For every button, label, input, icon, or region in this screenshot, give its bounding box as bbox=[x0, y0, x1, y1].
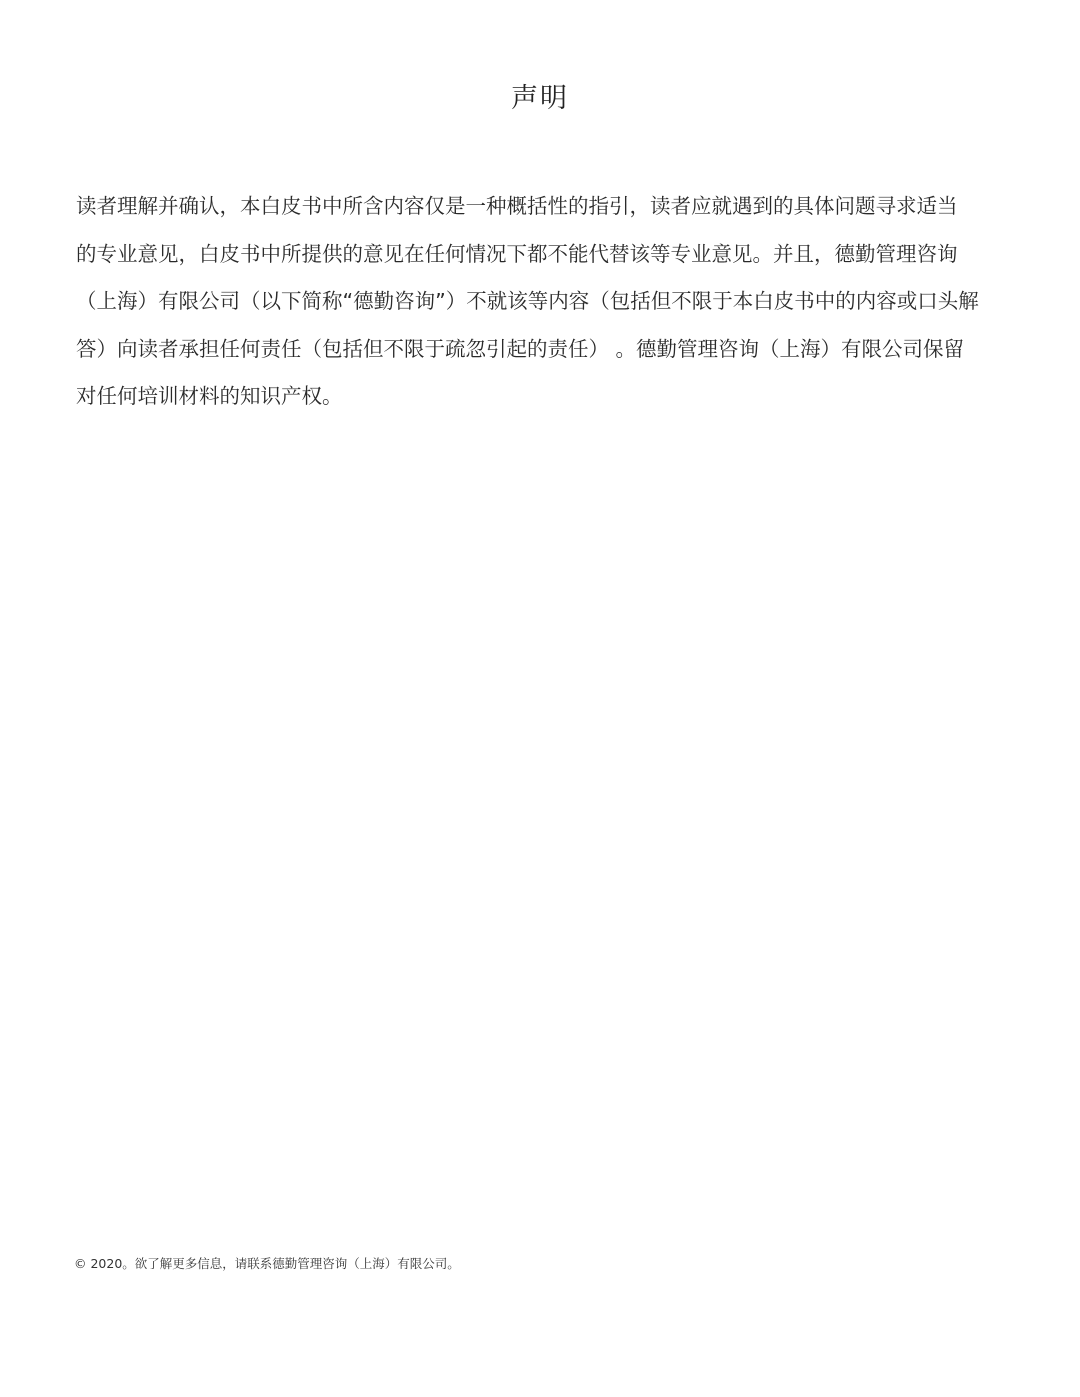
copyright-footer: © 2020。欲了解更多信息，请联系德勤管理咨询（上海）有限公司。 bbox=[74, 1254, 460, 1272]
disclaimer-paragraph: 读者理解并确认，本白皮书中所含内容仅是一种概括性的指引，读者应就遇到的具体问题寻… bbox=[76, 183, 1006, 421]
page-title: 声明 bbox=[0, 76, 1080, 115]
paragraph-line: 答）向读者承担任何责任（包括但不限于疏忽引起的责任） 。德勤管理咨询（上海）有限… bbox=[76, 326, 1006, 374]
paragraph-line: 的专业意见，白皮书中所提供的意见在任何情况下都不能代替该等专业意见。并且，德勤管… bbox=[76, 231, 1006, 279]
paragraph-line: （上海）有限公司（以下简称“德勤咨询”）不就该等内容（包括但不限于本白皮书中的内… bbox=[76, 278, 1006, 326]
document-page: 声明 读者理解并确认，本白皮书中所含内容仅是一种概括性的指引，读者应就遇到的具体… bbox=[0, 0, 1080, 1397]
paragraph-line: 对任何培训材料的知识产权。 bbox=[76, 373, 1006, 421]
paragraph-line: 读者理解并确认，本白皮书中所含内容仅是一种概括性的指引，读者应就遇到的具体问题寻… bbox=[76, 183, 1006, 231]
